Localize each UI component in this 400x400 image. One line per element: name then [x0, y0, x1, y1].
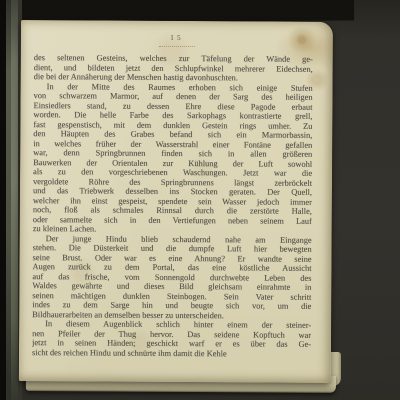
book-page: 15 des seltenen Gesteins, welches zur Tä… — [19, 20, 333, 383]
photograph-background: 15 des seltenen Gesteins, welches zur Tä… — [0, 0, 400, 400]
page-header: 15 — [21, 26, 333, 48]
page-number-rule — [159, 46, 195, 47]
page-number: 15 — [170, 33, 184, 42]
facing-page-edge — [11, 0, 18, 400]
body-text: des seltenen Gesteins, welches zur Täfel… — [32, 53, 313, 359]
text-line: sicht des reichen Hindu und schnürte ihm… — [32, 348, 311, 359]
